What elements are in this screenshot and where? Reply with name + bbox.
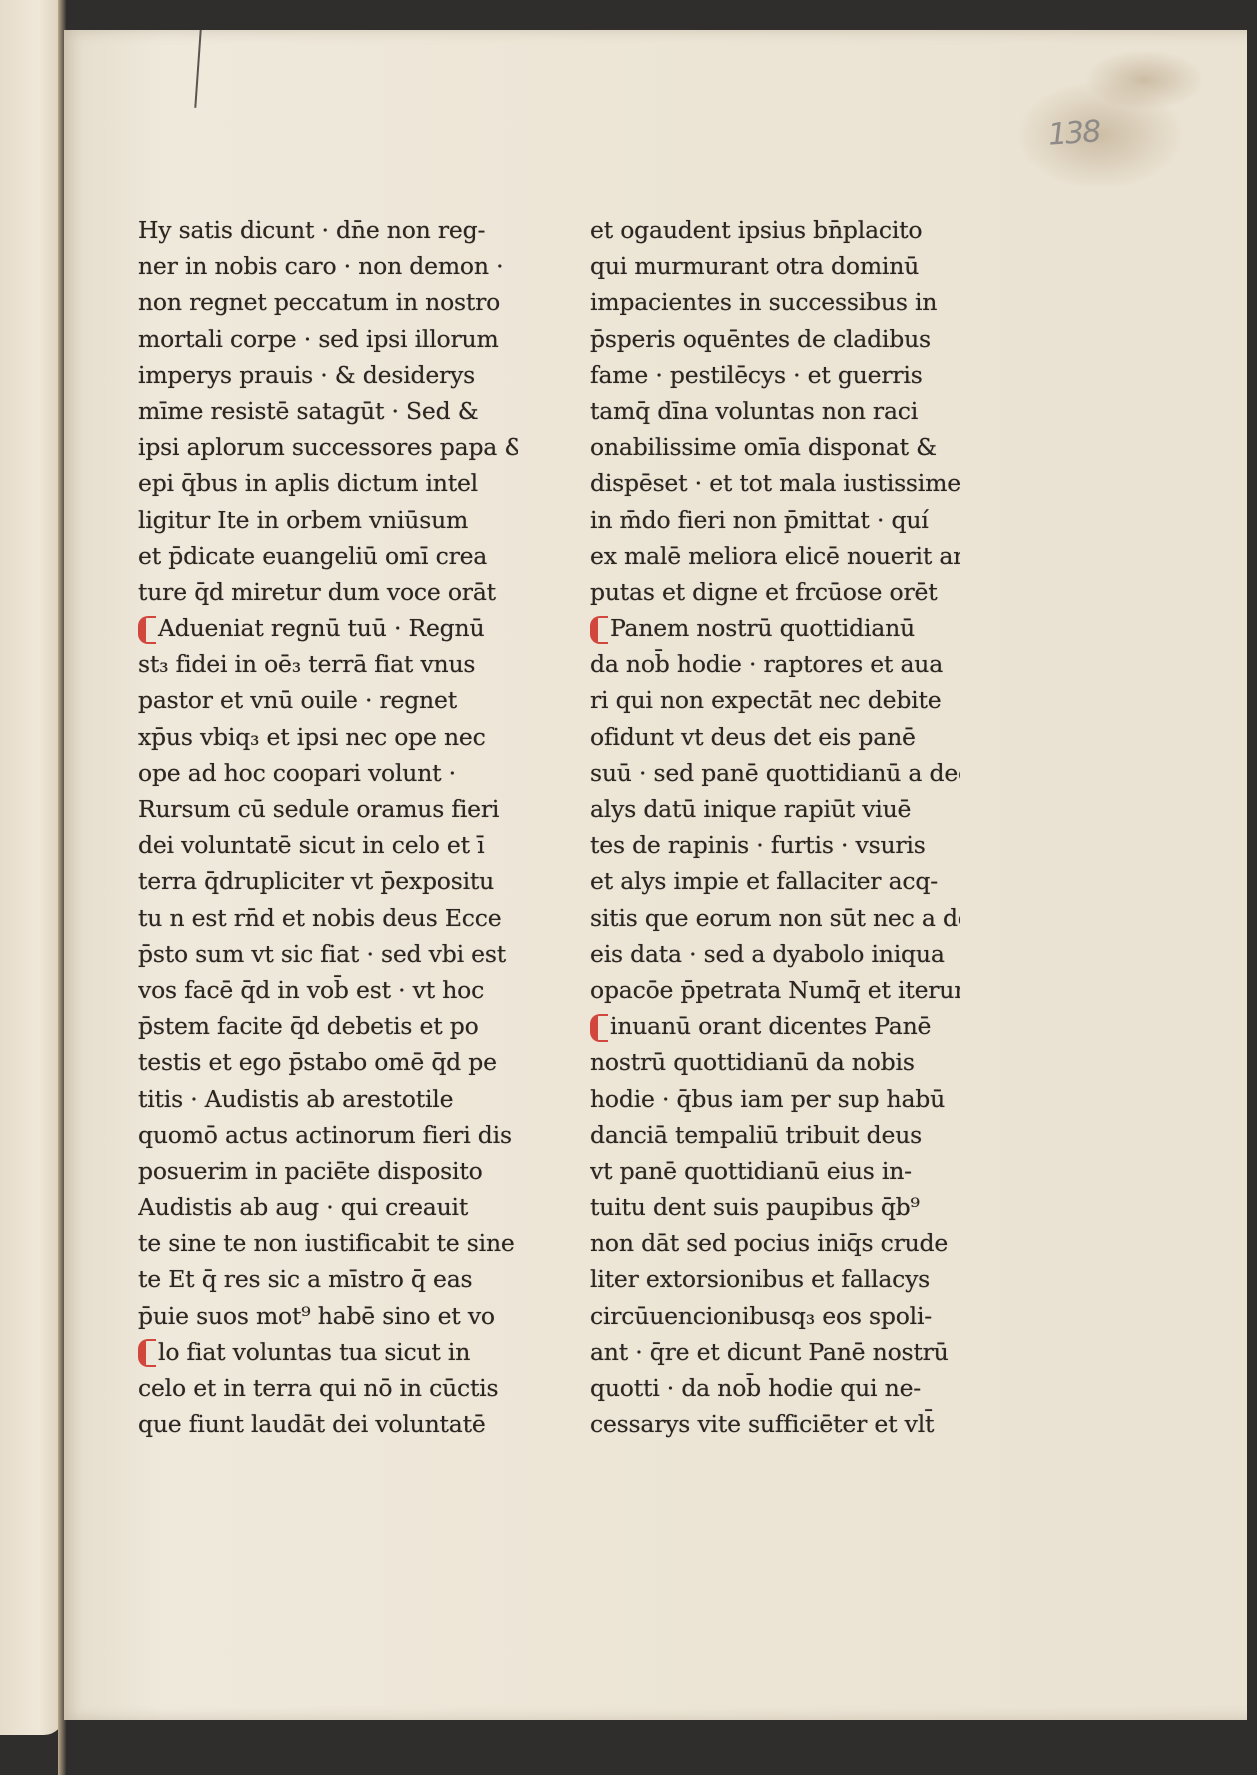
line-text: inuanū orant dicentes Panē <box>610 1012 931 1040</box>
text-line: p̄stem facite q̄d debetis et po <box>138 1008 518 1044</box>
text-line: eis data · sed a dyabolo iniqua <box>590 936 960 972</box>
text-line: et p̄dicate euangeliū omī crea <box>138 538 518 574</box>
text-line: impacientes in successibus in <box>590 284 960 320</box>
line-text: tes de rapinis · furtis · vsuris <box>590 831 926 859</box>
text-line: te sine te non iustificabit te sine <box>138 1225 518 1261</box>
text-line: ex malē meliora elicē nouerit an <box>590 538 960 574</box>
text-line: circūuencionibusq₃ eos spoli- <box>590 1298 960 1334</box>
text-line: p̄speris oquēntes de cladibus <box>590 321 960 357</box>
line-text: liter extorsionibus et fallacys <box>590 1265 930 1293</box>
text-line: tes de rapinis · furtis · vsuris <box>590 827 960 863</box>
line-text: terra q̄drupliciter vt p̄expositu <box>138 867 494 895</box>
line-text: pastor et vnū ouile · regnet <box>138 686 457 714</box>
line-text: Adueniat regnū tuū · Regnū <box>158 614 484 642</box>
line-text: putas et digne et frcūose orēt <box>590 578 937 606</box>
line-text: alys datū inique rapiūt viuē <box>590 795 911 823</box>
line-text: qui murmurant otra dominū <box>590 252 919 280</box>
line-text: p̄stem facite q̄d debetis et po <box>138 1012 479 1040</box>
line-text: onabilissime omīa disponat & <box>590 433 937 461</box>
line-text: xp̄us vbiq₃ et ipsi nec ope nec <box>138 723 486 751</box>
line-text: impacientes in successibus in <box>590 288 937 316</box>
text-line: ofidunt vt deus det eis panē <box>590 719 960 755</box>
text-line: vos facē q̄d in vob̄ est · vt hoc <box>138 972 518 1008</box>
text-line: quotti · da nob̄ hodie qui ne- <box>590 1370 960 1406</box>
text-line: titis · Audistis ab arestotile <box>138 1081 518 1117</box>
line-text: Rursum cū sedule oramus fieri <box>138 795 499 823</box>
text-line: tuitu dent suis paupibus q̄b⁹ <box>590 1189 960 1225</box>
text-line: Rursum cū sedule oramus fieri <box>138 791 518 827</box>
text-line: que fiunt laudāt dei voluntatē <box>138 1406 518 1442</box>
text-line: pastor et vnū ouile · regnet <box>138 682 518 718</box>
line-text: tu n est rn̄d et nobis deus Ecce <box>138 904 501 932</box>
line-text: da nob̄ hodie · raptores et aua <box>590 650 943 678</box>
text-line: in m̄do fieri non p̄mittat · quí <box>590 502 960 538</box>
text-line: tu n est rn̄d et nobis deus Ecce <box>138 900 518 936</box>
line-text: posuerim in paciēte disposito <box>138 1157 483 1185</box>
line-text: fame · pestilēcys · et guerris <box>590 361 923 389</box>
line-text: ligitur Ite in orbem vniūsum <box>138 506 468 534</box>
line-text: ipsi aplorum successores papa & <box>138 433 518 461</box>
text-line: ope ad hoc coopari volunt · <box>138 755 518 791</box>
line-text: titis · Audistis ab arestotile <box>138 1085 453 1113</box>
text-line: non dāt sed pocius iniq̄s crude <box>590 1225 960 1261</box>
text-line: st₃ fidei in oē₃ terrā fiat vnus <box>138 646 518 682</box>
line-text: ex malē meliora elicē nouerit an <box>590 542 960 570</box>
line-text: ner in nobis caro · non demon · <box>138 252 503 280</box>
line-text: et ogaudent ipsius bn̄placito <box>590 216 922 244</box>
line-text: Panem nostrū quottidianū <box>610 614 915 642</box>
text-line: p̄sto sum vt sic fiat · sed vbi est <box>138 936 518 972</box>
text-line: p̄uie suos mot⁹ habē sino et vo <box>138 1298 518 1334</box>
text-line: dei voluntatē sicut in celo et ī <box>138 827 518 863</box>
line-text: mīme resistē satagūt · Sed & <box>138 397 478 425</box>
text-line: cessarys vite sufficiēter et vlt̄ <box>590 1406 960 1442</box>
line-text: p̄sto sum vt sic fiat · sed vbi est <box>138 940 506 968</box>
paraph-mark-icon <box>590 1014 608 1042</box>
line-text: te Et q̄ res sic a mīstro q̄ eas <box>138 1265 472 1293</box>
text-line: opacōe p̄petrata Numq̄ et iterum <box>590 972 960 1008</box>
line-text: mortali corpe · sed ipsi illorum <box>138 325 499 353</box>
line-text: quotti · da nob̄ hodie qui ne- <box>590 1374 921 1402</box>
folio-number: 138 <box>1047 114 1101 152</box>
paraph-mark-icon <box>590 616 608 644</box>
line-text: Hy satis dicunt · dn̄e non reg- <box>138 216 485 244</box>
line-text: imperys prauis · & desiderys <box>138 361 475 389</box>
line-text: tuitu dent suis paupibus q̄b⁹ <box>590 1193 920 1221</box>
line-text: dei voluntatē sicut in celo et ī <box>138 831 484 859</box>
text-line: lo fiat voluntas tua sicut in <box>138 1334 518 1370</box>
line-text: Audistis ab aug · qui creauit <box>138 1193 468 1221</box>
line-text: non regnet peccatum in nostro <box>138 288 500 316</box>
text-line: Adueniat regnū tuū · Regnū <box>138 610 518 646</box>
line-text: in m̄do fieri non p̄mittat · quí <box>590 506 929 534</box>
text-column-right: et ogaudent ipsius bn̄placitoqui murmura… <box>590 212 960 1442</box>
line-text: que fiunt laudāt dei voluntatē <box>138 1410 486 1438</box>
text-line: Hy satis dicunt · dn̄e non reg- <box>138 212 518 248</box>
text-line: ri qui non expectāt nec debite <box>590 682 960 718</box>
line-text: ope ad hoc coopari volunt · <box>138 759 456 787</box>
line-text: opacōe p̄petrata Numq̄ et iterum <box>590 976 960 1004</box>
text-line: terra q̄drupliciter vt p̄expositu <box>138 863 518 899</box>
text-line: ipsi aplorum successores papa & <box>138 429 518 465</box>
text-line: suū · sed panē quottidianū a deo <box>590 755 960 791</box>
paraph-mark-icon <box>138 616 156 644</box>
paraph-mark-icon <box>138 1339 156 1367</box>
line-text: suū · sed panē quottidianū a deo <box>590 759 960 787</box>
line-text: p̄uie suos mot⁹ habē sino et vo <box>138 1302 495 1330</box>
text-line: sitis que eorum non sūt nec a deo <box>590 900 960 936</box>
text-line: fame · pestilēcys · et guerris <box>590 357 960 393</box>
text-line: et ogaudent ipsius bn̄placito <box>590 212 960 248</box>
text-line: posuerim in paciēte disposito <box>138 1153 518 1189</box>
line-text: nostrū quottidianū da nobis <box>590 1048 915 1076</box>
line-text: celo et in terra qui nō in cūctis <box>138 1374 498 1402</box>
text-line: qui murmurant otra dominū <box>590 248 960 284</box>
line-text: hodie · q̄bus iam per sup habū <box>590 1085 945 1113</box>
line-text: cessarys vite sufficiēter et vlt̄ <box>590 1410 934 1438</box>
line-text: epi q̄bus in aplis dictum intel <box>138 469 478 497</box>
text-line: vt panē quottidianū eius in- <box>590 1153 960 1189</box>
text-line: xp̄us vbiq₃ et ipsi nec ope nec <box>138 719 518 755</box>
line-text: non dāt sed pocius iniq̄s crude <box>590 1229 948 1257</box>
text-line: epi q̄bus in aplis dictum intel <box>138 465 518 501</box>
line-text: et alys impie et fallaciter acq- <box>590 867 938 895</box>
text-line: ant · q̄re et dicunt Panē nostrū <box>590 1334 960 1370</box>
line-text: sitis que eorum non sūt nec a deo <box>590 904 960 932</box>
line-text: lo fiat voluntas tua sicut in <box>158 1338 470 1366</box>
water-stain <box>1084 50 1204 110</box>
text-line: ture q̄d miretur dum voce orāt <box>138 574 518 610</box>
text-line: testis et ego p̄stabo omē q̄d pe <box>138 1044 518 1080</box>
line-text: danciā tempaliū tribuit deus <box>590 1121 922 1149</box>
text-line: Audistis ab aug · qui creauit <box>138 1189 518 1225</box>
text-line: mortali corpe · sed ipsi illorum <box>138 321 518 357</box>
line-text: circūuencionibusq₃ eos spoli- <box>590 1302 932 1330</box>
text-line: da nob̄ hodie · raptores et aua <box>590 646 960 682</box>
facing-page-edge <box>0 0 64 1735</box>
line-text: ture q̄d miretur dum voce orāt <box>138 578 496 606</box>
text-line: dispēset · et tot mala iustissime <box>590 465 960 501</box>
text-line: ner in nobis caro · non demon · <box>138 248 518 284</box>
line-text: p̄speris oquēntes de cladibus <box>590 325 931 353</box>
text-line: onabilissime omīa disponat & <box>590 429 960 465</box>
text-line: ligitur Ite in orbem vniūsum <box>138 502 518 538</box>
text-line: et alys impie et fallaciter acq- <box>590 863 960 899</box>
text-line: imperys prauis · & desiderys <box>138 357 518 393</box>
line-text: vt panē quottidianū eius in- <box>590 1157 912 1185</box>
text-column-left: Hy satis dicunt · dn̄e non reg-ner in no… <box>138 212 518 1442</box>
text-line: tamq̄ dīna voluntas non raci <box>590 393 960 429</box>
text-line: nostrū quottidianū da nobis <box>590 1044 960 1080</box>
text-line: hodie · q̄bus iam per sup habū <box>590 1081 960 1117</box>
text-line: Panem nostrū quottidianū <box>590 610 960 646</box>
line-text: te sine te non iustificabit te sine <box>138 1229 515 1257</box>
line-text: ri qui non expectāt nec debite <box>590 686 941 714</box>
line-text: eis data · sed a dyabolo iniqua <box>590 940 945 968</box>
line-text: ant · q̄re et dicunt Panē nostrū <box>590 1338 949 1366</box>
line-text: tamq̄ dīna voluntas non raci <box>590 397 918 425</box>
text-line: alys datū inique rapiūt viuē <box>590 791 960 827</box>
text-line: non regnet peccatum in nostro <box>138 284 518 320</box>
text-line: quomō actus actinorum fieri dis <box>138 1117 518 1153</box>
line-text: vos facē q̄d in vob̄ est · vt hoc <box>138 976 484 1004</box>
line-text: dispēset · et tot mala iustissime <box>590 469 960 497</box>
text-line: putas et digne et frcūose orēt <box>590 574 960 610</box>
text-line: te Et q̄ res sic a mīstro q̄ eas <box>138 1261 518 1297</box>
text-line: mīme resistē satagūt · Sed & <box>138 393 518 429</box>
background-edge <box>1247 0 1257 1775</box>
line-text: testis et ego p̄stabo omē q̄d pe <box>138 1048 497 1076</box>
text-line: celo et in terra qui nō in cūctis <box>138 1370 518 1406</box>
text-line: liter extorsionibus et fallacys <box>590 1261 960 1297</box>
line-text: st₃ fidei in oē₃ terrā fiat vnus <box>138 650 475 678</box>
line-text: et p̄dicate euangeliū omī crea <box>138 542 487 570</box>
line-text: quomō actus actinorum fieri dis <box>138 1121 512 1149</box>
text-line: inuanū orant dicentes Panē <box>590 1008 960 1044</box>
text-line: danciā tempaliū tribuit deus <box>590 1117 960 1153</box>
line-text: ofidunt vt deus det eis panē <box>590 723 916 751</box>
